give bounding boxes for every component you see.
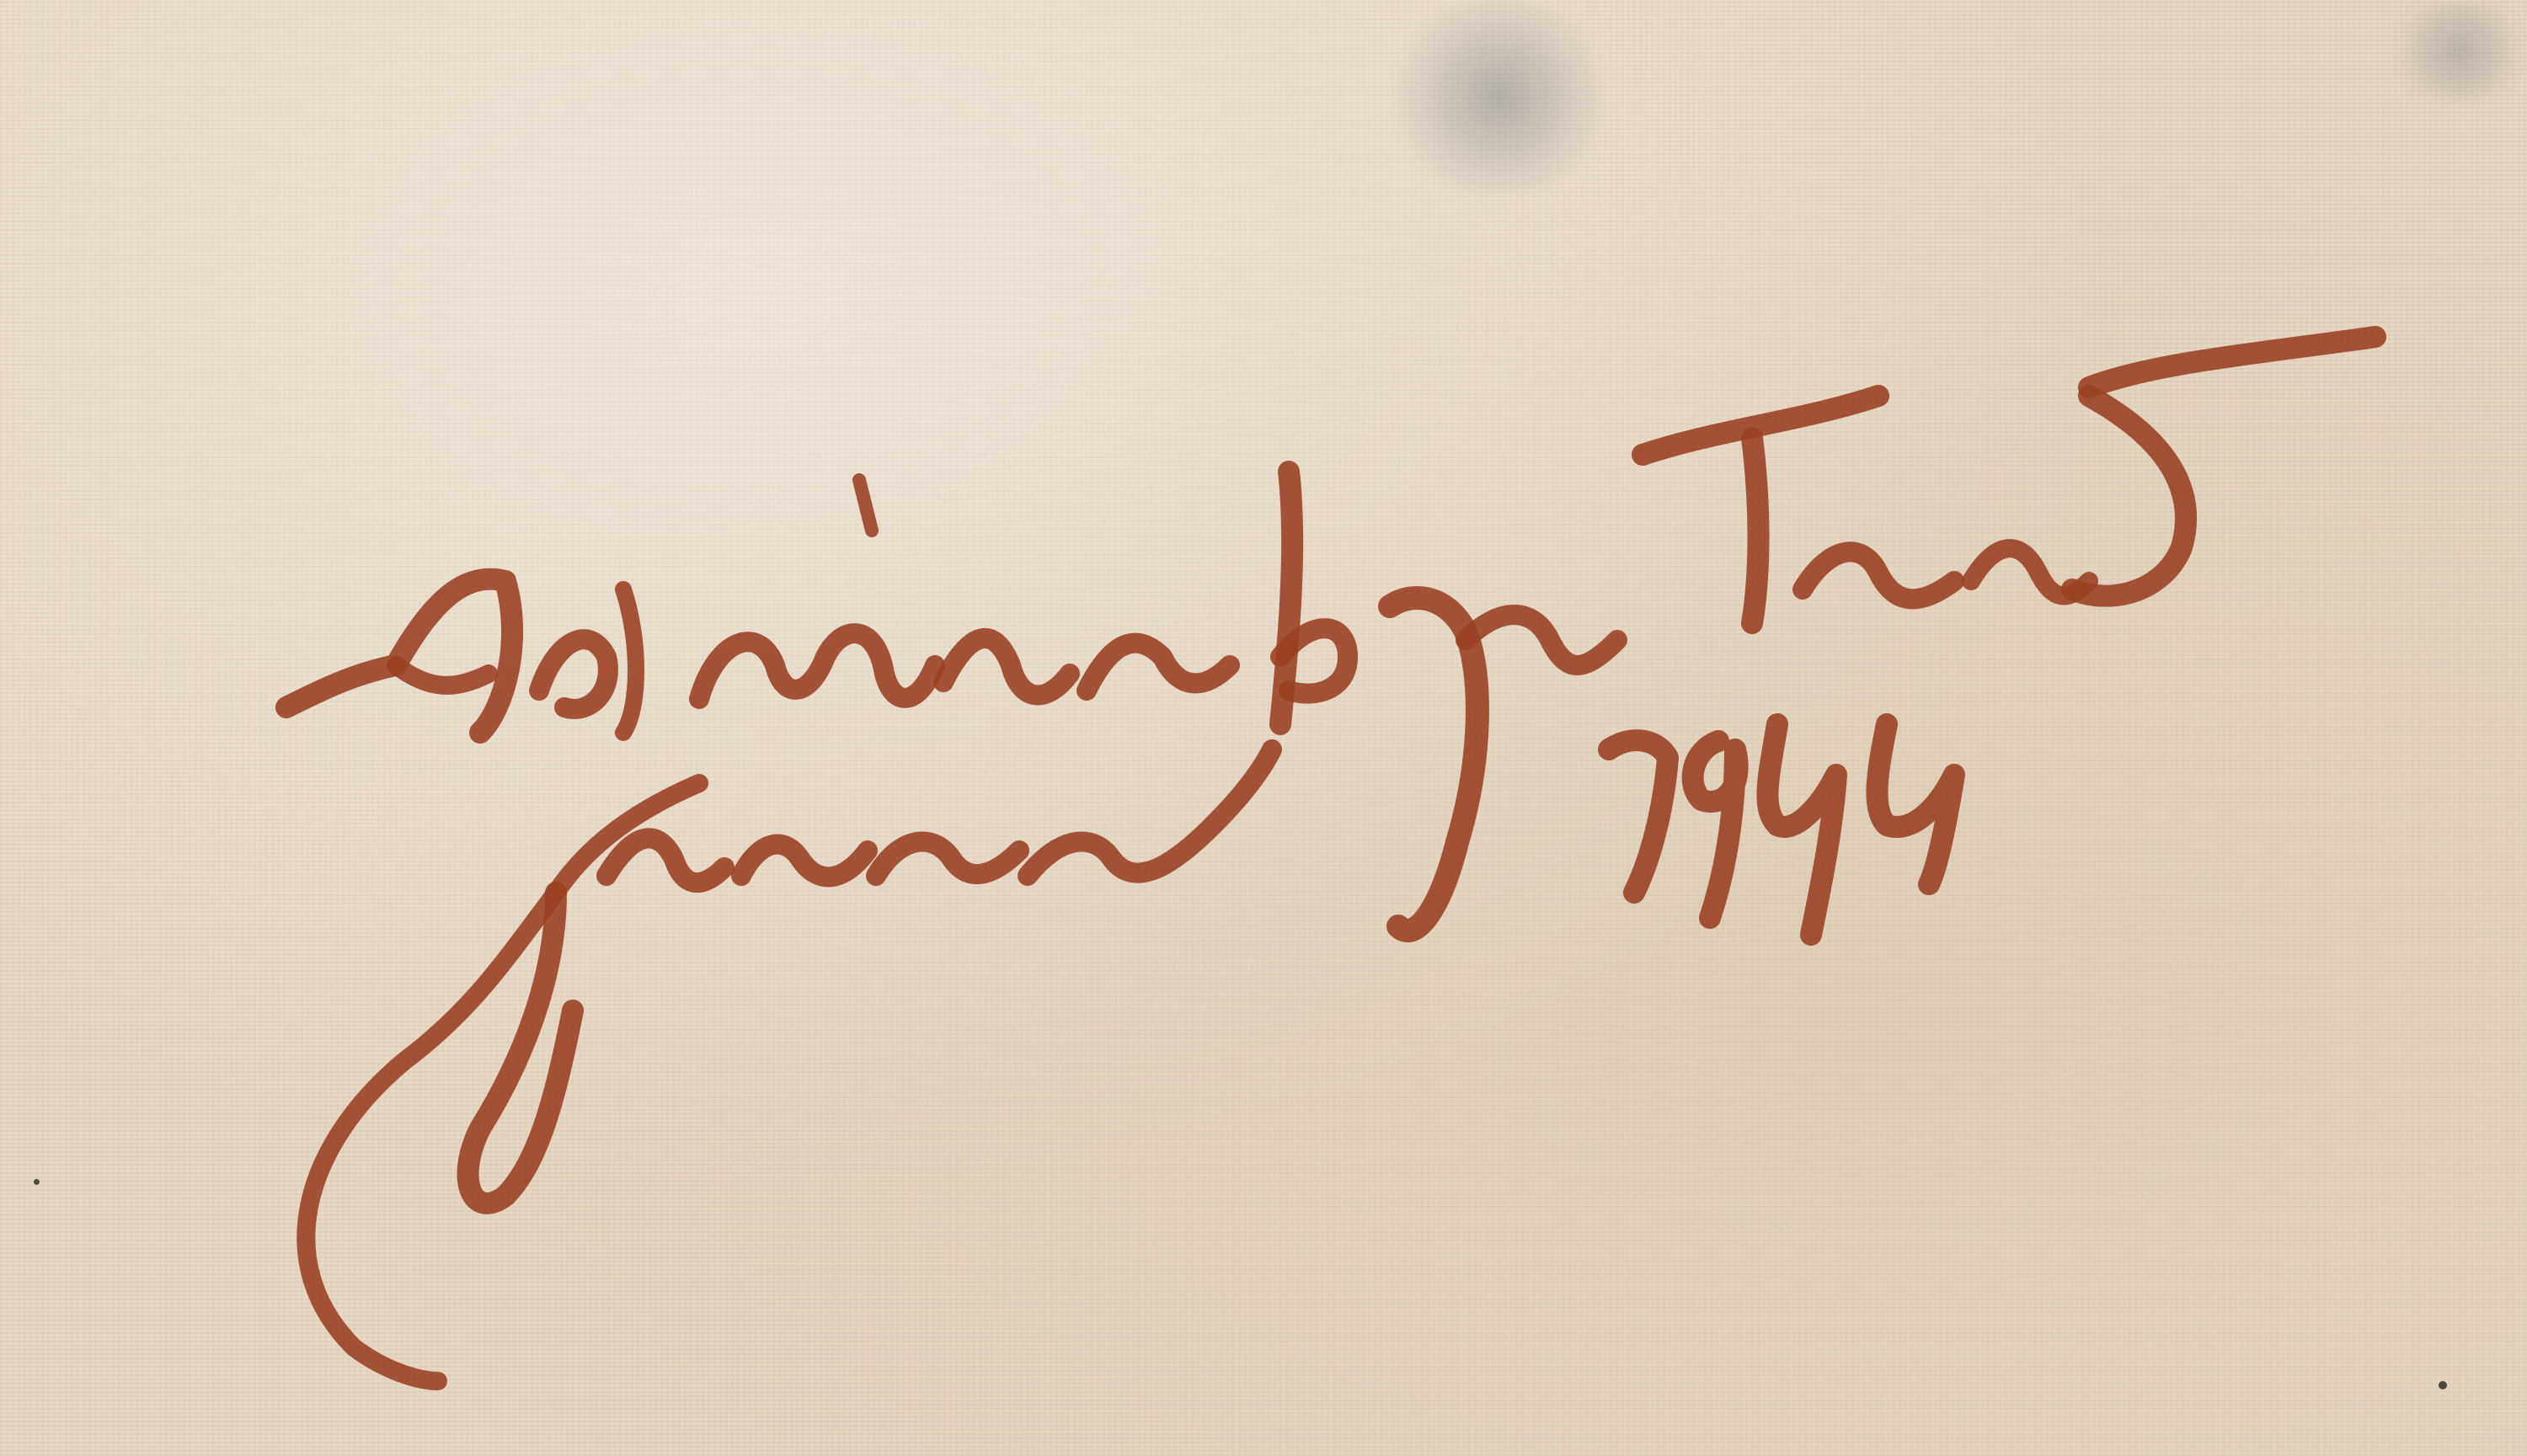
signature-drawing	[0, 0, 2527, 1456]
signature-date	[1609, 724, 1954, 935]
signature-second-line	[306, 749, 1272, 1381]
